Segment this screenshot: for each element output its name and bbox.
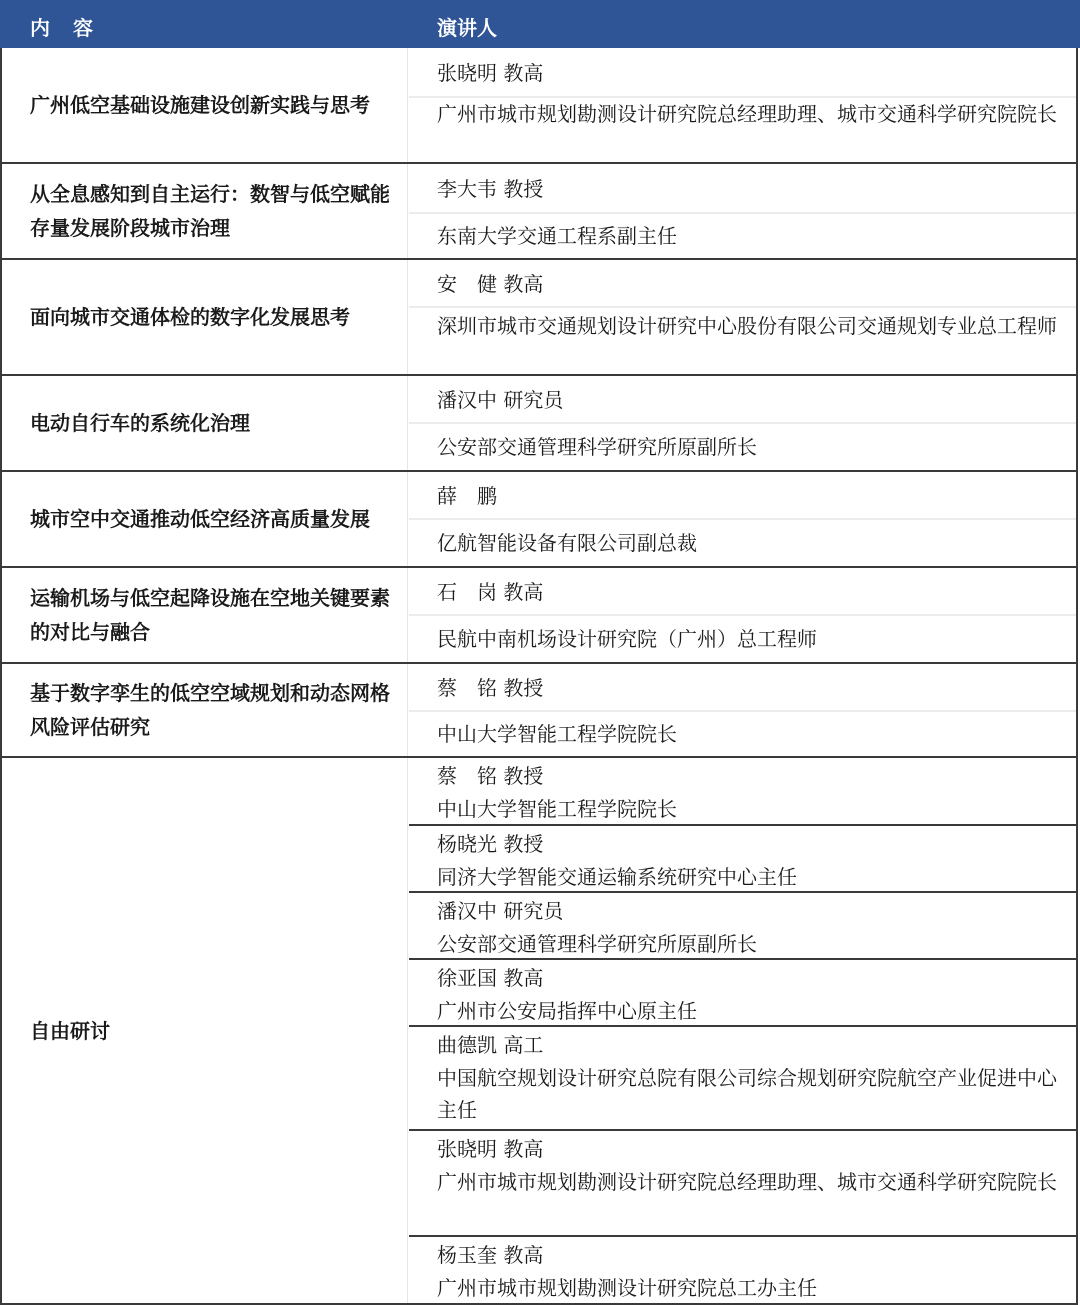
table-header: 内 容 演讲人 xyxy=(0,0,1080,48)
free-discussion-row: 自由研讨 蔡 铭 教授 中山大学智能工程学院院长 杨晓光 教授 同济大学智能交通… xyxy=(0,758,1078,1305)
table-row: 广州低空基础设施建设创新实践与思考 张晓明 教高 广州市城市规划勘测设计研究院总… xyxy=(0,48,1078,164)
panelist: 杨玉奎 教高 广州市城市规划勘测设计研究院总工办主任 xyxy=(409,1237,1076,1303)
speaker-name: 潘汉中 研究员 xyxy=(409,376,1076,424)
panelist-name: 蔡 铭 教授 xyxy=(437,760,1062,793)
speaker-name: 蔡 铭 教授 xyxy=(409,664,1076,712)
topic-text: 从全息感知到自主运行：数智与低空赋能存量发展阶段城市治理 xyxy=(2,177,407,245)
panelist: 蔡 铭 教授 中山大学智能工程学院院长 xyxy=(409,758,1076,826)
panelists-cell: 蔡 铭 教授 中山大学智能工程学院院长 杨晓光 教授 同济大学智能交通运输系统研… xyxy=(409,758,1076,1303)
speaker-name: 张晓明 教高 xyxy=(409,48,1076,98)
topic-cell: 运输机场与低空起降设施在空地关键要素的对比与融合 xyxy=(2,568,408,662)
panelist-title: 广州市城市规划勘测设计研究院总工办主任 xyxy=(437,1272,1062,1305)
speaker-cell: 石 岗 教高 民航中南机场设计研究院（广州）总工程师 xyxy=(409,568,1076,662)
header-content: 内 容 xyxy=(30,12,101,41)
speaker-name: 安 健 教高 xyxy=(409,260,1076,308)
topic-text: 电动自行车的系统化治理 xyxy=(2,406,260,440)
speaker-cell: 安 健 教高 深圳市城市交通规划设计研究中心股份有限公司交通规划专业总工程师 xyxy=(409,260,1076,374)
speaker-title: 深圳市城市交通规划设计研究中心股份有限公司交通规划专业总工程师 xyxy=(409,308,1076,374)
panelist: 张晓明 教高 广州市城市规划勘测设计研究院总经理助理、城市交通科学研究院院长 xyxy=(409,1131,1076,1237)
topic-cell: 自由研讨 xyxy=(2,758,408,1303)
speaker-title: 公安部交通管理科学研究所原副所长 xyxy=(409,424,1076,470)
speaker-name: 石 岗 教高 xyxy=(409,568,1076,616)
speaker-cell: 张晓明 教高 广州市城市规划勘测设计研究院总经理助理、城市交通科学研究院院长 xyxy=(409,48,1076,162)
topic-text: 自由研讨 xyxy=(2,1014,120,1048)
panelist-name: 杨晓光 教授 xyxy=(437,828,1062,861)
speaker-cell: 潘汉中 研究员 公安部交通管理科学研究所原副所长 xyxy=(409,376,1076,470)
speaker-title: 东南大学交通工程系副主任 xyxy=(409,214,1076,258)
table-row: 基于数字孪生的低空空域规划和动态网格风险评估研究 蔡 铭 教授 中山大学智能工程… xyxy=(0,664,1078,758)
speaker-title: 广州市城市规划勘测设计研究院总经理助理、城市交通科学研究院院长 xyxy=(409,98,1076,162)
panelist: 曲德凯 高工 中国航空规划设计研究总院有限公司综合规划研究院航空产业促进中心主任 xyxy=(409,1027,1076,1131)
speaker-title: 亿航智能设备有限公司副总裁 xyxy=(409,520,1076,566)
speaker-cell: 薛 鹏 亿航智能设备有限公司副总裁 xyxy=(409,472,1076,566)
panelist-title: 中山大学智能工程学院院长 xyxy=(437,793,1062,826)
panelist-name: 潘汉中 研究员 xyxy=(437,895,1062,928)
table-row: 面向城市交通体检的数字化发展思考 安 健 教高 深圳市城市交通规划设计研究中心股… xyxy=(0,260,1078,376)
topic-cell: 面向城市交通体检的数字化发展思考 xyxy=(2,260,408,374)
panelist-title: 广州市城市规划勘测设计研究院总经理助理、城市交通科学研究院院长 xyxy=(437,1166,1062,1199)
panelist-title: 广州市公安局指挥中心原主任 xyxy=(437,995,1062,1028)
topic-cell: 电动自行车的系统化治理 xyxy=(2,376,408,470)
panelist-title: 中国航空规划设计研究总院有限公司综合规划研究院航空产业促进中心主任 xyxy=(437,1062,1062,1127)
topic-cell: 从全息感知到自主运行：数智与低空赋能存量发展阶段城市治理 xyxy=(2,164,408,258)
topic-text: 面向城市交通体检的数字化发展思考 xyxy=(2,300,360,334)
topic-cell: 城市空中交通推动低空经济高质量发展 xyxy=(2,472,408,566)
header-speaker: 演讲人 xyxy=(437,12,497,41)
panelist-name: 徐亚国 教高 xyxy=(437,962,1062,995)
panelist: 杨晓光 教授 同济大学智能交通运输系统研究中心主任 xyxy=(409,826,1076,893)
panelist-name: 杨玉奎 教高 xyxy=(437,1239,1062,1272)
panelist-title: 同济大学智能交通运输系统研究中心主任 xyxy=(437,861,1062,894)
topic-cell: 广州低空基础设施建设创新实践与思考 xyxy=(2,48,408,162)
panelist-name: 张晓明 教高 xyxy=(437,1133,1062,1166)
topic-text: 基于数字孪生的低空空域规划和动态网格风险评估研究 xyxy=(2,676,407,744)
speaker-cell: 李大韦 教授 东南大学交通工程系副主任 xyxy=(409,164,1076,258)
table-row: 城市空中交通推动低空经济高质量发展 薛 鹏 亿航智能设备有限公司副总裁 xyxy=(0,472,1078,568)
table-row: 电动自行车的系统化治理 潘汉中 研究员 公安部交通管理科学研究所原副所长 xyxy=(0,376,1078,472)
speaker-title: 中山大学智能工程学院院长 xyxy=(409,712,1076,756)
table-row: 运输机场与低空起降设施在空地关键要素的对比与融合 石 岗 教高 民航中南机场设计… xyxy=(0,568,1078,664)
table-row: 从全息感知到自主运行：数智与低空赋能存量发展阶段城市治理 李大韦 教授 东南大学… xyxy=(0,164,1078,260)
topic-text: 城市空中交通推动低空经济高质量发展 xyxy=(2,502,380,536)
panelist-name: 曲德凯 高工 xyxy=(437,1029,1062,1062)
topic-text: 广州低空基础设施建设创新实践与思考 xyxy=(2,88,380,122)
panelist-title: 公安部交通管理科学研究所原副所长 xyxy=(437,928,1062,961)
topic-text: 运输机场与低空起降设施在空地关键要素的对比与融合 xyxy=(2,581,407,649)
panelist: 潘汉中 研究员 公安部交通管理科学研究所原副所长 xyxy=(409,893,1076,960)
speaker-name: 薛 鹏 xyxy=(409,472,1076,520)
topic-cell: 基于数字孪生的低空空域规划和动态网格风险评估研究 xyxy=(2,664,408,756)
speaker-name: 李大韦 教授 xyxy=(409,164,1076,214)
speaker-title: 民航中南机场设计研究院（广州）总工程师 xyxy=(409,616,1076,662)
speaker-cell: 蔡 铭 教授 中山大学智能工程学院院长 xyxy=(409,664,1076,756)
panelist: 徐亚国 教高 广州市公安局指挥中心原主任 xyxy=(409,960,1076,1027)
